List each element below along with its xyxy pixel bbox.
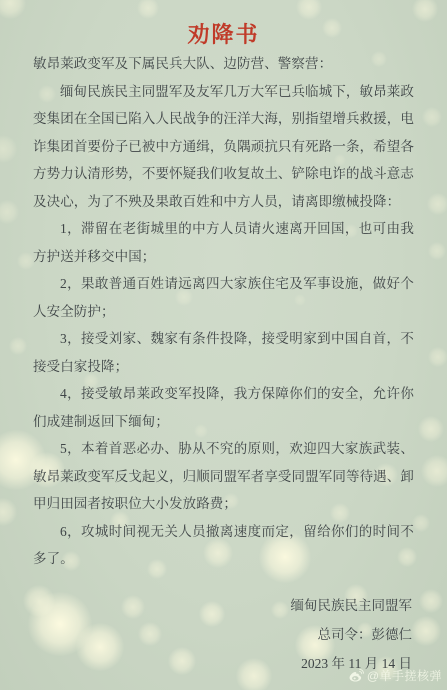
list-item: 4，接受敏昂莱政变军投降，我方保障你们的安全，允许你们成建制返回下缅甸； xyxy=(33,380,414,435)
bokeh-dot xyxy=(422,107,442,127)
bokeh-dot xyxy=(0,135,17,163)
bokeh-dot xyxy=(0,0,26,19)
bokeh-dot xyxy=(418,416,444,442)
list-item: 1，滞留在老街城里的中方人员请火速离开回国，也可由我方护送并移交中国； xyxy=(33,215,414,270)
document-body: 劝降书 敏昂莱政变军及下属民兵大队、边防营、警察营： 缅甸民族民主同盟军及友军几… xyxy=(33,0,414,678)
signature-block: 缅甸民族民主同盟军 总司令：彭德仁 2023 年 11 月 14 日 xyxy=(33,591,414,678)
bokeh-dot xyxy=(428,242,446,260)
document-title: 劝降书 xyxy=(33,20,414,50)
bokeh-dot xyxy=(419,589,443,613)
bokeh-dot xyxy=(0,200,19,224)
bokeh-dot xyxy=(412,514,430,532)
watermark: @单手搓核弹 xyxy=(349,667,442,684)
numbered-items-list: 1，滞留在老街城里的中方人员请火速离开回国，也可由我方护送并移交中国；2，果敢普… xyxy=(33,215,414,573)
bokeh-dot xyxy=(9,337,27,355)
bokeh-dot xyxy=(421,455,447,487)
list-item: 6，攻城时间视无关人员撤离速度而定，留给你们的时间不多了。 xyxy=(33,518,414,573)
bokeh-dot xyxy=(412,0,438,22)
list-item: 2，果敢普通百姓请远离四大家族住宅及军事设施，做好个人安全防护； xyxy=(33,270,414,325)
bokeh-dot xyxy=(411,616,441,646)
bokeh-dot xyxy=(428,347,447,367)
salutation-line: 敏昂莱政变军及下属民兵大队、边防营、警察营： xyxy=(33,50,414,78)
signature-signer: 总司令：彭德仁 xyxy=(33,620,412,649)
watermark-handle: @单手搓核弹 xyxy=(367,667,442,684)
weibo-icon xyxy=(349,669,364,682)
surrender-letter-page: 劝降书 敏昂莱政变军及下属民兵大队、边防营、警察营： 缅甸民族民主同盟军及友军几… xyxy=(0,0,447,690)
signature-organization: 缅甸民族民主同盟军 xyxy=(33,591,412,620)
bokeh-dot xyxy=(0,498,17,526)
list-item: 5，本着首恶必办、胁从不究的原则，欢迎四大家族武装、敏昂莱政变军反戈起义，归顺同… xyxy=(33,435,414,518)
bokeh-dot xyxy=(427,193,447,215)
list-item: 3，接受刘家、魏家有条件投降，接受明家到中国自首，不接受白家投降； xyxy=(33,325,414,380)
intro-paragraph: 缅甸民族民主同盟军及友军几万大军已兵临城下，敏昂莱政变集团在全国已陷入人民战争的… xyxy=(33,78,414,216)
